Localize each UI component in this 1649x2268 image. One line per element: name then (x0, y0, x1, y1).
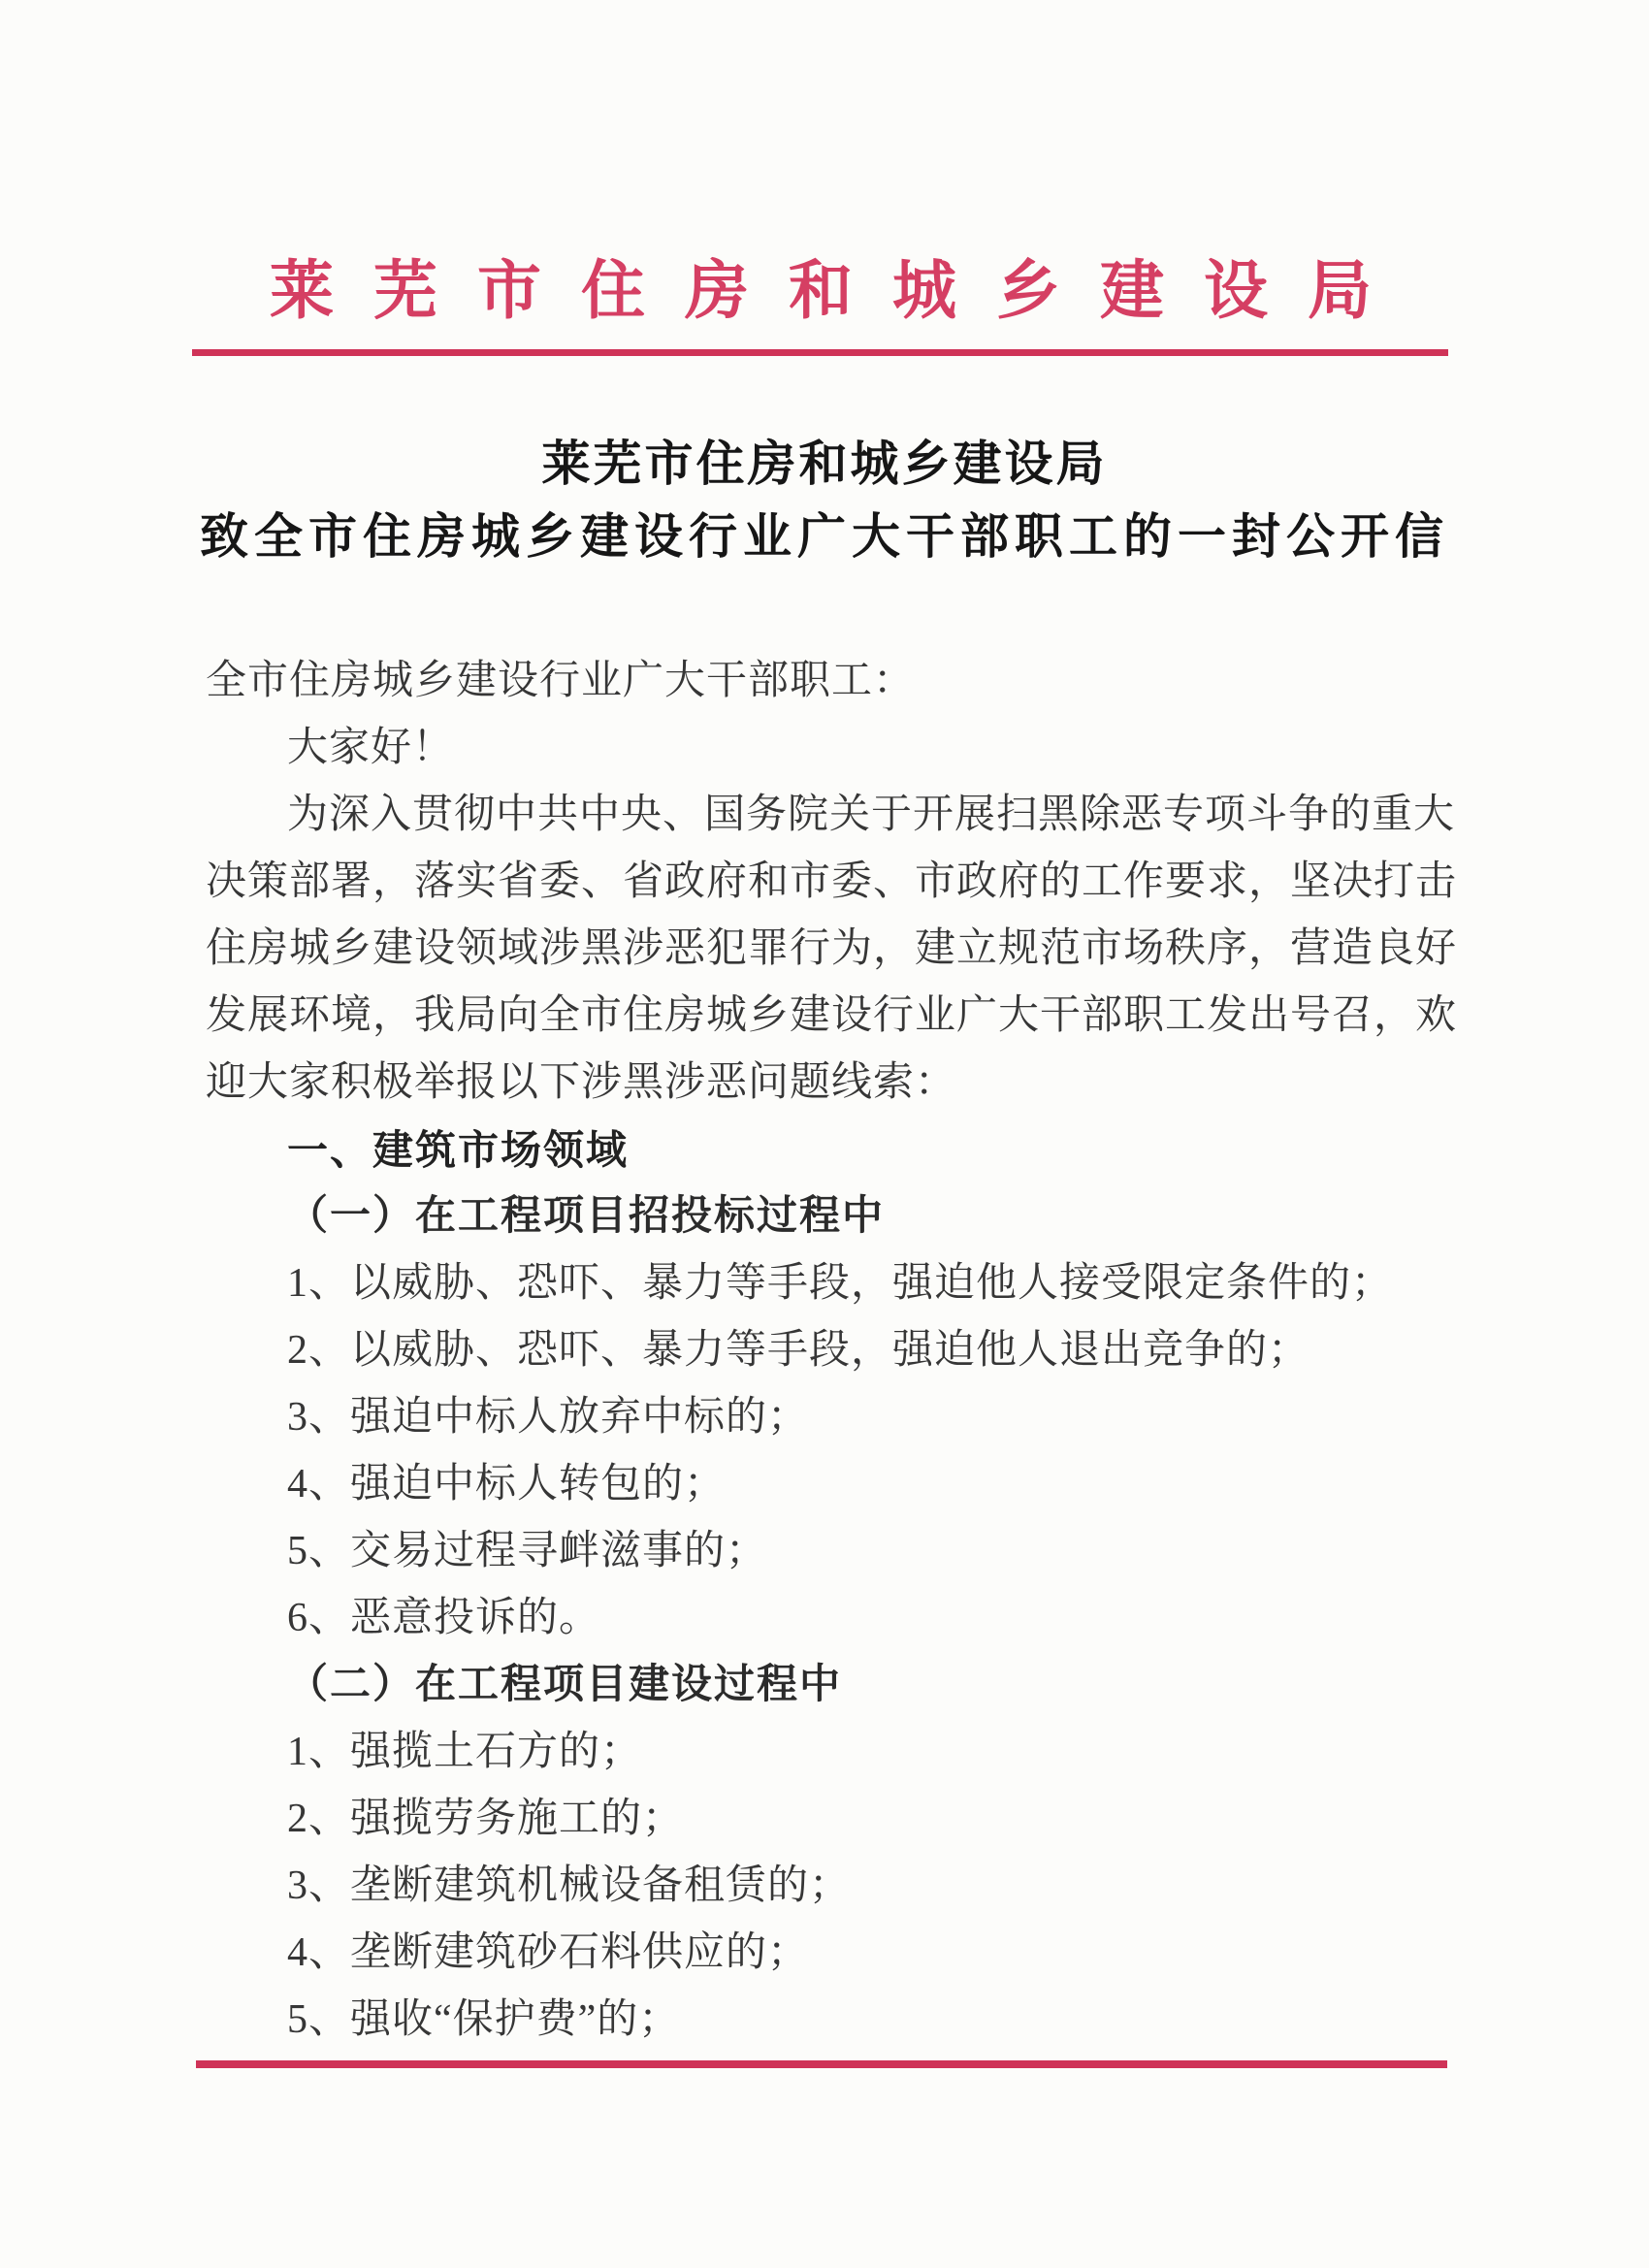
salutation: 全市住房城乡建设行业广大干部职工： (206, 648, 1467, 715)
paragraph-line: 为深入贯彻中共中央、国务院关于开展扫黑除恶专项斗争的重大 (206, 782, 1467, 849)
paragraph-line: 发展环境，我局向全市住房城乡建设行业广大干部职工发出号召，欢 (206, 983, 1467, 1050)
doc-title-line1: 莱芜市住房和城乡建设局 (19, 429, 1630, 499)
letterhead-org-name: 莱芜市住房和城乡建设局 (194, 239, 1447, 331)
list-item: 5、强收“保护费”的； (206, 1987, 1467, 2054)
list-item: 4、垄断建筑砂石料供应的； (206, 1920, 1467, 1987)
scanned-letter-page: 莱芜市住房和城乡建设局 莱芜市住房和城乡建设局 致全市住房城乡建设行业广大干部职… (0, 0, 1649, 2268)
list-item: 4、强迫中标人转包的； (206, 1451, 1467, 1518)
paragraph-line: 决策部署，落实省委、省政府和市委、市政府的工作要求，坚决打击 (206, 849, 1467, 916)
doc-title-line2: 致全市住房城乡建设行业广大干部职工的一封公开信 (19, 499, 1630, 574)
letterhead-rule (192, 349, 1448, 356)
subsection-heading: （一）在工程项目招投标过程中 (206, 1183, 1467, 1250)
greeting: 大家好！ (206, 715, 1467, 782)
list-item: 3、强迫中标人放弃中标的； (206, 1384, 1467, 1451)
doc-title: 莱芜市住房和城乡建设局 致全市住房城乡建设行业广大干部职工的一封公开信 (19, 429, 1630, 574)
list-item: 2、以威胁、恐吓、暴力等手段，强迫他人退出竞争的； (206, 1317, 1467, 1384)
footer-rule (196, 2060, 1447, 2068)
list-item: 3、垄断建筑机械设备租赁的； (206, 1853, 1467, 1920)
subsection-heading: （二）在工程项目建设过程中 (206, 1652, 1467, 1719)
list-item: 5、交易过程寻衅滋事的； (206, 1518, 1467, 1585)
list-item: 6、恶意投诉的。 (206, 1585, 1467, 1652)
list-item: 1、以威胁、恐吓、暴力等手段，强迫他人接受限定条件的； (206, 1250, 1467, 1317)
letter-body: 全市住房城乡建设行业广大干部职工： 大家好！ 为深入贯彻中共中央、国务院关于开展… (206, 648, 1467, 2054)
paragraph-line: 迎大家积极举报以下涉黑涉恶问题线索： (206, 1050, 1467, 1117)
list-item: 2、强揽劳务施工的； (206, 1786, 1467, 1853)
list-item: 1、强揽土石方的； (206, 1719, 1467, 1786)
section-heading: 一、建筑市场领域 (206, 1117, 1467, 1183)
paragraph-line: 住房城乡建设领域涉黑涉恶犯罪行为，建立规范市场秩序，营造良好 (206, 916, 1467, 983)
